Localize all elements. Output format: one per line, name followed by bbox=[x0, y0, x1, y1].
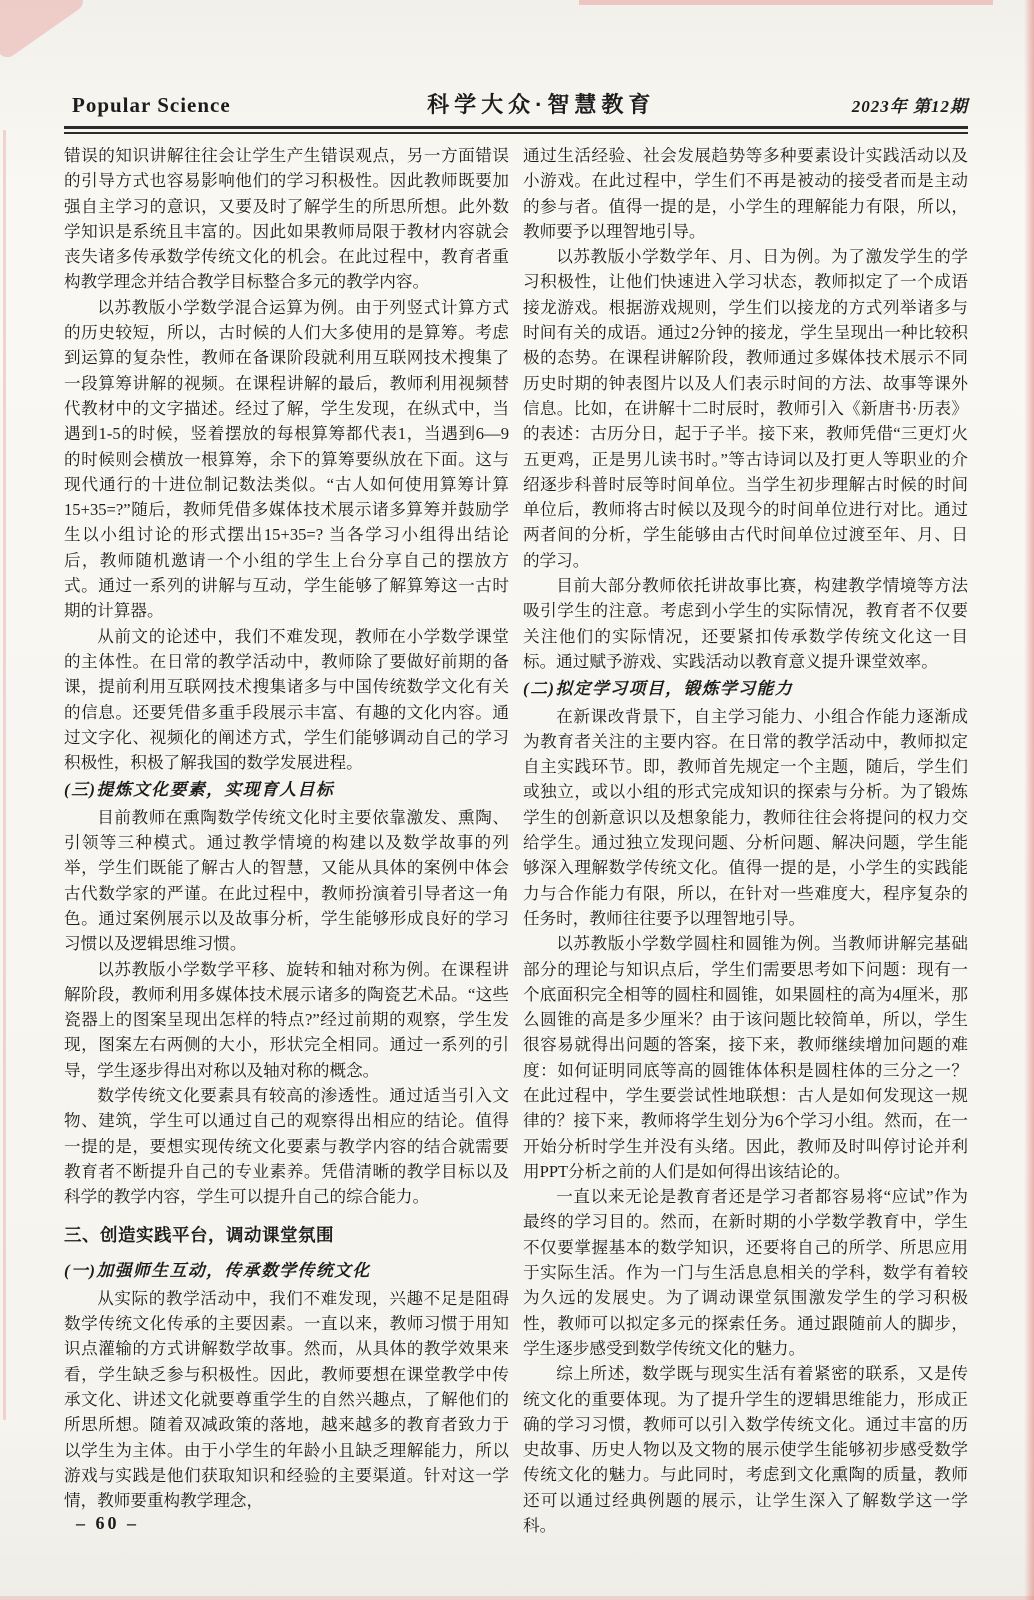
scan-artifact-left bbox=[3, 130, 6, 1420]
body-paragraph: 从实际的教学活动中，我们不难发现，兴趣不足是阻碍数学传统文化传承的主要因素。一直… bbox=[64, 1286, 509, 1514]
header-double-rule bbox=[64, 126, 968, 134]
scan-artifact-top-left bbox=[0, 0, 87, 61]
body-paragraph: 以苏教版小学数学混合运算为例。由于列竖式计算方式的历史较短，所以，古时候的人们大… bbox=[64, 295, 509, 624]
subsection-heading: (三)提炼文化要素，实现育人目标 bbox=[64, 777, 509, 802]
journal-page: Popular Science 科学大众·智慧教育 2023年 第12期 错误的… bbox=[0, 0, 1034, 1600]
page-number: – 60 – bbox=[76, 1513, 139, 1534]
body-paragraph: 从前文的论述中，我们不难发现，教师在小学数学课堂的主体性。在日常的教学活动中，教… bbox=[64, 624, 509, 776]
body-paragraph: 目前教师在熏陶数学传统文化时主要依靠激发、熏陶、引领等三种模式。通过教学情境的构… bbox=[64, 805, 509, 957]
body-paragraph: 在新课改背景下，自主学习能力、小组合作能力逐渐成为教育者关注的主要内容。在日常的… bbox=[523, 704, 968, 932]
body-paragraph: 以苏教版小学数学平移、旋转和轴对称为例。在课程讲解阶段，教师利用多媒体技术展示诸… bbox=[64, 957, 509, 1083]
body-paragraph: 错误的知识讲解往往会让学生产生错误观点，另一方面错误的引导方式也容易影响他们的学… bbox=[64, 143, 509, 295]
column-right: 通过生活经验、社会发展趋势等多种要素设计实践活动以及小游戏。在此过程中，学生们不… bbox=[523, 143, 968, 1538]
body-paragraph: 数学传统文化要素具有较高的渗透性。通过适当引入文物、建筑，学生可以通过自己的观察… bbox=[64, 1083, 509, 1209]
body-paragraph: 目前大部分教师依托讲故事比赛，构建教学情境等方法吸引学生的注意。考虑到小学生的实… bbox=[523, 573, 968, 674]
scan-artifact-bottom bbox=[0, 1596, 1034, 1600]
body-paragraph: 综上所述，数学既与现实生活有着紧密的联系，又是传统文化的重要体现。为了提升学生的… bbox=[523, 1361, 968, 1538]
scan-artifact-right bbox=[1024, 0, 1034, 1600]
column-left: 错误的知识讲解往往会让学生产生错误观点，另一方面错误的引导方式也容易影响他们的学… bbox=[64, 143, 509, 1538]
body-paragraph: 以苏教版小学数学年、月、日为例。为了激发学生的学习积极性，让他们快速进入学习状态… bbox=[523, 244, 968, 573]
body-paragraph: 通过生活经验、社会发展趋势等多种要素设计实践活动以及小游戏。在此过程中，学生们不… bbox=[523, 143, 968, 244]
body-paragraph: 以苏教版小学数学圆柱和圆锥为例。当教师讲解完基础部分的理论与知识点后，学生们需要… bbox=[523, 931, 968, 1184]
journal-issue: 2023年 第12期 bbox=[852, 92, 968, 117]
page-header: Popular Science 科学大众·智慧教育 2023年 第12期 bbox=[72, 88, 968, 119]
scan-artifact-top bbox=[579, 0, 993, 5]
journal-name-cn: 科学大众·智慧教育 bbox=[427, 88, 655, 119]
journal-name-en: Popular Science bbox=[72, 93, 231, 118]
subsection-heading: (二)拟定学习项目，锻炼学习能力 bbox=[523, 676, 968, 701]
body-paragraph: 一直以来无论是教育者还是学习者都容易将“应试”作为最终的学习目的。然而，在新时期… bbox=[523, 1184, 968, 1361]
section-heading: 三、创造实践平台，调动课堂氛围 bbox=[64, 1222, 509, 1247]
article-body: 错误的知识讲解往往会让学生产生错误观点，另一方面错误的引导方式也容易影响他们的学… bbox=[0, 143, 1034, 1538]
subsection-heading: (一)加强师生互动，传承数学传统文化 bbox=[64, 1258, 509, 1283]
